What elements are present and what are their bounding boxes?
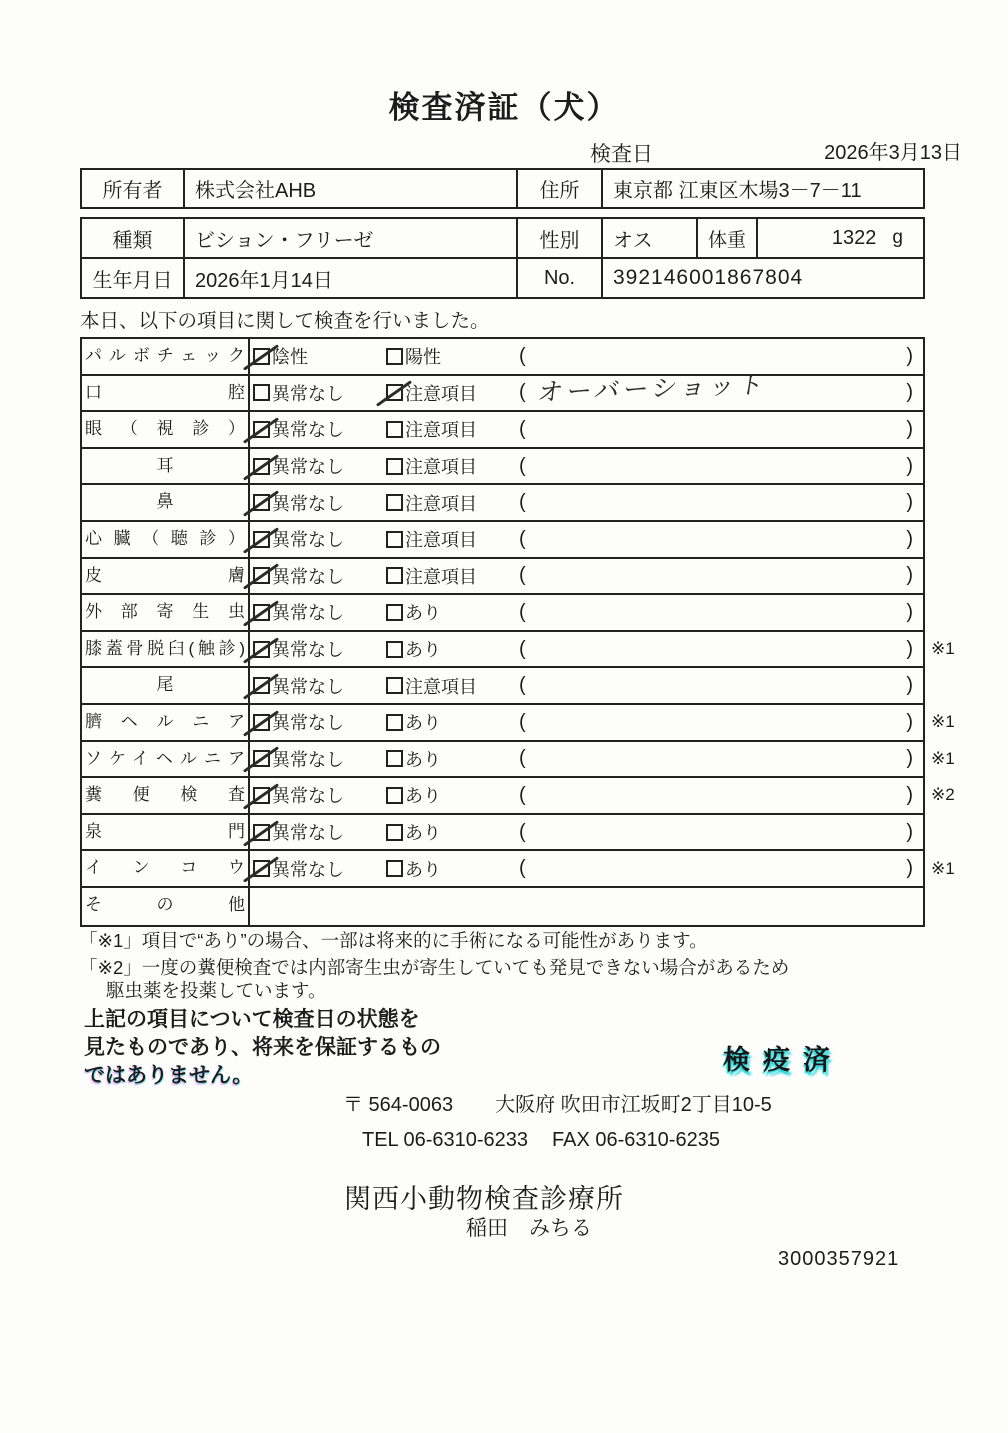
- checkbox-option-label: 異常なし: [272, 380, 344, 406]
- checkbox-option: 陰性: [253, 343, 386, 369]
- remarks-field: (): [519, 485, 923, 520]
- checklist-row-other: その他: [82, 888, 923, 925]
- checklist-item-label: 鼻: [82, 485, 250, 520]
- checkbox-option-label: あり: [405, 599, 441, 625]
- checkbox-option: 注意項目: [386, 673, 519, 699]
- checklist-row: 耳 異常なし 注意項目 (): [82, 449, 923, 486]
- footnote-ref: ※1: [931, 749, 955, 769]
- checklist-item-label: 糞便検査: [82, 778, 250, 813]
- checklist-row: 皮膚 異常なし 注意項目 (): [82, 559, 923, 596]
- quarantine-stamp: 検疫済: [723, 1038, 843, 1077]
- checkbox-icon: [253, 384, 270, 401]
- remarks-field: (): [519, 595, 923, 630]
- checkbox-icon: [253, 677, 270, 694]
- owner-value: 株式会社AHB: [185, 170, 518, 207]
- checkbox-option-label: 異常なし: [272, 599, 344, 625]
- remarks-field: (): [519, 559, 923, 594]
- checkbox-option: 注意項目: [386, 453, 519, 479]
- checklist-item-label: 外部寄生虫: [82, 595, 250, 630]
- checkbox-option: 異常なし: [253, 819, 386, 845]
- checkbox-option-label: 注意項目: [405, 563, 477, 589]
- checkbox-option-label: 陽性: [405, 343, 441, 369]
- checkbox-option: 異常なし: [253, 453, 386, 479]
- disclaimer-text: 上記の項目について検査日の状態を 見たものであり、将来を保証するもの ではありま…: [84, 1006, 441, 1090]
- remarks-field: (): [519, 522, 923, 557]
- checklist-item-label: インコウ: [82, 851, 250, 886]
- clinic-address: 大阪府 吹田市江坂町2丁目10-5: [495, 1094, 772, 1116]
- clinic-tel: TEL 06-6310-6233: [362, 1129, 528, 1151]
- checkbox-option: 異常なし: [253, 490, 386, 516]
- handwritten-entry: オーバーショット: [535, 365, 770, 409]
- checkbox-option-label: あり: [405, 709, 441, 735]
- owner-table: 所有者 株式会社AHB 住所 東京都 江東区木場3－7－11: [80, 168, 925, 209]
- checkbox-icon: [253, 860, 270, 877]
- checkbox-icon: [253, 824, 270, 841]
- checkbox-icon: [253, 421, 270, 438]
- address-label: 住所: [518, 170, 603, 207]
- checkbox-option: 異常なし: [253, 526, 386, 552]
- checkbox-option: 陽性: [386, 343, 519, 369]
- checkbox-icon: [386, 641, 403, 658]
- footnote-ref: ※1: [931, 859, 955, 879]
- checkbox-option: 注意項目: [386, 416, 519, 442]
- checkbox-option: 異常なし: [253, 782, 386, 808]
- checkbox-option: 異常なし: [253, 856, 386, 882]
- checkbox-option: 異常なし: [253, 673, 386, 699]
- checklist-item-label: 心臓（聴診）: [82, 522, 250, 557]
- birthdate-row: 生年月日 2026年1月14日 No. 392146001867804: [82, 257, 923, 297]
- clinic-name: 関西小動物検査診療所: [344, 1177, 624, 1216]
- checkbox-option: 異常なし: [253, 380, 386, 406]
- checkbox-icon: [253, 531, 270, 548]
- birthdate-label: 生年月日: [82, 259, 185, 297]
- checkbox-icon: [386, 787, 403, 804]
- checkbox-option: あり: [386, 819, 519, 845]
- checkbox-option-label: あり: [405, 856, 441, 882]
- checkbox-option: 注意項目: [386, 490, 519, 516]
- checkbox-option-label: 注意項目: [405, 453, 477, 479]
- address-value: 東京都 江東区木場3－7－11: [603, 170, 923, 207]
- checkbox-option-label: 異常なし: [272, 782, 344, 808]
- other-entry-field: [250, 888, 923, 925]
- breed-value: ビション・フリーゼ: [185, 219, 518, 257]
- checkbox-icon: [386, 421, 403, 438]
- intro-text: 本日、以下の項目に関して検査を行いました。: [80, 305, 490, 333]
- checkbox-option: あり: [386, 709, 519, 735]
- checkbox-option-label: 異常なし: [272, 819, 344, 845]
- birthdate-value: 2026年1月14日: [185, 259, 518, 297]
- checklist-row: 鼻 異常なし 注意項目 (): [82, 485, 923, 522]
- checkbox-icon: [386, 348, 403, 365]
- checklist-item-label: 泉門: [82, 815, 250, 850]
- checkbox-icon: [253, 567, 270, 584]
- checkbox-option-label: 陰性: [272, 343, 308, 369]
- certificate-page: 検査済証（犬） 検査日 2026年3月13日 所有者 株式会社AHB 住所 東京…: [0, 0, 1008, 1433]
- remarks-field: (): [519, 851, 923, 886]
- checkbox-option-label: 注意項目: [405, 416, 477, 442]
- id-number-label: No.: [518, 259, 603, 297]
- footnote-2-continued: 駆虫薬を投薬しています。: [106, 977, 327, 1003]
- clinic-address-line: 〒 564-0063大阪府 吹田市江坂町2丁目10-5: [343, 1088, 772, 1117]
- checkbox-icon: [386, 567, 403, 584]
- weight-value: 1322: [832, 227, 877, 250]
- checkbox-icon: [386, 384, 403, 401]
- checkbox-option: 注意項目: [386, 380, 519, 406]
- remarks-field: (): [519, 668, 923, 703]
- breed-label: 種類: [82, 219, 185, 257]
- checklist-item-label: 耳: [82, 449, 250, 484]
- checkbox-option-label: 異常なし: [272, 709, 344, 735]
- checkbox-option-label: 注意項目: [405, 673, 477, 699]
- checkbox-icon: [386, 458, 403, 475]
- checkbox-icon: [386, 714, 403, 731]
- checklist-row: 口腔 異常なし 注意項目 (オーバーショット): [82, 376, 923, 413]
- checklist-item-label: 眼（視診）: [82, 412, 250, 447]
- checkbox-option-label: あり: [405, 636, 441, 662]
- document-serial-number: 3000357921: [778, 1248, 899, 1271]
- clinic-phone-line: TEL 06-6310-6233FAX 06-6310-6235: [362, 1129, 720, 1152]
- checkbox-icon: [253, 604, 270, 621]
- checkbox-option-label: あり: [405, 819, 441, 845]
- weight-label: 体重: [698, 219, 758, 257]
- owner-row: 所有者 株式会社AHB 住所 東京都 江東区木場3－7－11: [82, 170, 923, 207]
- checklist-item-label: 口腔: [82, 376, 250, 411]
- checkbox-option: あり: [386, 599, 519, 625]
- checkbox-option: 異常なし: [253, 416, 386, 442]
- checklist-row: インコウ 異常なし あり () ※1: [82, 851, 923, 888]
- inspection-date-value: 2026年3月13日: [806, 136, 962, 165]
- checkbox-icon: [386, 824, 403, 841]
- checkbox-option-label: 異常なし: [272, 453, 344, 479]
- checklist-item-label: 臍ヘルニア: [82, 705, 250, 740]
- checklist-row: 外部寄生虫 異常なし あり (): [82, 595, 923, 632]
- checklist-row: 眼（視診） 異常なし 注意項目 (): [82, 412, 923, 449]
- checklist-row: 尾 異常なし 注意項目 (): [82, 668, 923, 705]
- checklist-item-label: ソケイヘルニア: [82, 742, 250, 777]
- remarks-field: (): [519, 742, 923, 777]
- disclaimer-line-2: 見たものであり、将来を保証するもの: [84, 1034, 441, 1062]
- remarks-field: (): [519, 449, 923, 484]
- checkbox-option-label: 異常なし: [272, 563, 344, 589]
- checkbox-icon: [386, 677, 403, 694]
- disclaimer-line-1: 上記の項目について検査日の状態を: [84, 1006, 441, 1034]
- checkbox-icon: [253, 458, 270, 475]
- checklist-item-label: その他: [82, 888, 250, 925]
- checkbox-option-label: 異常なし: [272, 636, 344, 662]
- checkbox-option-label: 異常なし: [272, 856, 344, 882]
- checkbox-option: 注意項目: [386, 526, 519, 552]
- veterinarian-name: 稲田 みちる: [466, 1212, 592, 1242]
- remarks-field: (): [519, 705, 923, 740]
- checklist-table: パルボチェック 陰性 陽性 () 口腔 異常なし 注意項目 (オーバーショット)…: [80, 337, 925, 927]
- checkbox-icon: [253, 750, 270, 767]
- footnote-ref: ※2: [931, 785, 955, 805]
- page-title: 検査済証（犬）: [0, 82, 1008, 127]
- weight-unit: g: [892, 227, 903, 249]
- checkbox-option: 注意項目: [386, 563, 519, 589]
- checkbox-option: 異常なし: [253, 709, 386, 735]
- sex-label: 性別: [518, 219, 603, 257]
- checkbox-option: あり: [386, 856, 519, 882]
- checklist-row: ソケイヘルニア 異常なし あり () ※1: [82, 742, 923, 779]
- checklist-row: 心臓（聴診） 異常なし 注意項目 (): [82, 522, 923, 559]
- remarks-field: (): [519, 412, 923, 447]
- checkbox-icon: [386, 604, 403, 621]
- remarks-field: (): [519, 778, 923, 813]
- checklist-row: 糞便検査 異常なし あり () ※2: [82, 778, 923, 815]
- checkbox-option: あり: [386, 746, 519, 772]
- checkbox-option-label: 異常なし: [272, 746, 344, 772]
- remarks-field: (オーバーショット): [519, 376, 923, 411]
- checkbox-icon: [386, 531, 403, 548]
- footnote-ref: ※1: [931, 712, 955, 732]
- id-number-value: 392146001867804: [603, 259, 923, 297]
- checkbox-icon: [386, 494, 403, 511]
- checkbox-option-label: 注意項目: [405, 490, 477, 516]
- remarks-field: (): [519, 632, 923, 667]
- checklist-item-label: パルボチェック: [82, 339, 250, 374]
- dog-info-table: 種類 ビション・フリーゼ 性別 オス 体重 1322 g 生年月日 2026年1…: [80, 217, 925, 299]
- checkbox-option-label: あり: [405, 782, 441, 808]
- clinic-postal-code: 〒 564-0063: [343, 1094, 453, 1116]
- footnote-1: 「※1」項目で“あり”の場合、一部は将来的に手術になる可能性があります。: [79, 927, 708, 953]
- weight-value-cell: 1322 g: [758, 219, 923, 257]
- checkbox-icon: [253, 787, 270, 804]
- disclaimer-line-3: ではありません。: [84, 1062, 441, 1090]
- checklist-row: パルボチェック 陰性 陽性 (): [82, 339, 923, 376]
- remarks-field: (): [519, 815, 923, 850]
- checklist-row: 泉門 異常なし あり (): [82, 815, 923, 852]
- checkbox-icon: [253, 641, 270, 658]
- checklist-item-label: 尾: [82, 668, 250, 703]
- checkbox-icon: [253, 494, 270, 511]
- checkbox-option: 異常なし: [253, 636, 386, 662]
- inspection-date-label: 検査日: [590, 138, 653, 168]
- checkbox-option: 異常なし: [253, 599, 386, 625]
- checkbox-option-label: 異常なし: [272, 673, 344, 699]
- sex-value: オス: [603, 219, 698, 257]
- checklist-row: 膝蓋骨脱臼(触診) 異常なし あり () ※1: [82, 632, 923, 669]
- checklist-item-label: 皮膚: [82, 559, 250, 594]
- owner-label: 所有者: [82, 170, 185, 207]
- checklist-item-label: 膝蓋骨脱臼(触診): [82, 632, 250, 667]
- checkbox-icon: [253, 348, 270, 365]
- checkbox-option: 異常なし: [253, 746, 386, 772]
- checkbox-option: あり: [386, 782, 519, 808]
- checkbox-option-label: 異常なし: [272, 490, 344, 516]
- checkbox-option-label: 注意項目: [405, 380, 477, 406]
- breed-row: 種類 ビション・フリーゼ 性別 オス 体重 1322 g: [82, 219, 923, 257]
- checkbox-option: あり: [386, 636, 519, 662]
- checkbox-option-label: 異常なし: [272, 526, 344, 552]
- checkbox-option-label: あり: [405, 746, 441, 772]
- checkbox-option: 異常なし: [253, 563, 386, 589]
- clinic-fax: FAX 06-6310-6235: [552, 1129, 720, 1151]
- checkbox-icon: [386, 750, 403, 767]
- checkbox-option-label: 異常なし: [272, 416, 344, 442]
- checkbox-icon: [386, 860, 403, 877]
- checklist-row: 臍ヘルニア 異常なし あり () ※1: [82, 705, 923, 742]
- footnote-ref: ※1: [931, 639, 955, 659]
- checkbox-option-label: 注意項目: [405, 526, 477, 552]
- checkbox-icon: [253, 714, 270, 731]
